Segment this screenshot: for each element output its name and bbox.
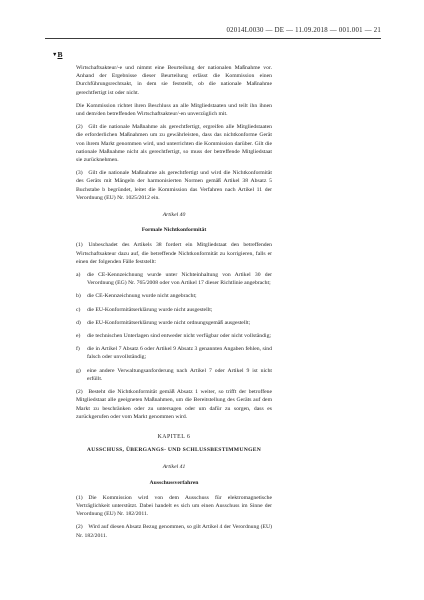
article-40-title: Formale Nichtkonformität: [76, 226, 272, 234]
list-item-marker: g): [76, 367, 87, 383]
article-40-number: Artikel 40: [76, 211, 272, 219]
list-item-text: die in Artikel 7 Absatz 6 oder Artikel 9…: [87, 345, 272, 361]
paragraph-commission-decision: Die Kommission richtet ihren Beschluss a…: [76, 102, 272, 118]
article-41-paragraph-1: (1) Die Kommission wird von dem Ausschus…: [76, 494, 272, 519]
change-marker: ▼B: [52, 51, 62, 59]
paragraph-3-harmonised-norms: (3) Gilt die nationale Maßnahme als gere…: [76, 169, 272, 202]
list-item-text: die CE-Kennzeichnung wurde unter Nichtei…: [87, 271, 272, 287]
list-item-marker: d): [76, 319, 87, 327]
list-item-text: die EU-Konformitätserklärung wurde nicht…: [87, 306, 272, 314]
paragraph-2-justified-measure: (2) Gilt die nationale Maßnahme als gere…: [76, 123, 272, 164]
article-40-paragraph-1: (1) Unbeschadet des Artikels 38 fordert …: [76, 241, 272, 266]
article-41-title: Ausschussverfahren: [76, 479, 272, 487]
document-reference: 02014L0030 — DE — 11.09.2018 — 001.001 —…: [226, 27, 381, 34]
list-item-marker: c): [76, 306, 87, 314]
list-item-b: b) die CE-Kennzeichnung wurde nicht ange…: [76, 292, 272, 300]
paragraph-continuation: Wirtschaftsakteur/-e und nimmt eine Beur…: [76, 64, 272, 97]
list-item-marker: f): [76, 345, 87, 361]
chapter-6-number: KAPITEL 6: [76, 433, 272, 441]
list-item-text: eine andere Verwaltungsanforderung nach …: [87, 367, 272, 383]
list-item-d: d) die EU-Konformitätserklärung wurde ni…: [76, 319, 272, 327]
list-item-marker: a): [76, 271, 87, 287]
list-item-c: c) die EU-Konformitätserklärung wurde ni…: [76, 306, 272, 314]
list-item-marker: b): [76, 292, 87, 300]
document-page: 02014L0030 — DE — 11.09.2018 — 001.001 —…: [0, 0, 424, 600]
list-item-a: a) die CE-Kennzeichnung wurde unter Nich…: [76, 271, 272, 287]
list-item-text: die technischen Unterlagen sind entweder…: [87, 332, 272, 340]
list-item-text: die EU-Konformitätserklärung wurde nicht…: [87, 319, 272, 327]
list-item-marker: e): [76, 332, 87, 340]
article-40-paragraph-2: (2) Besteht die Nichtkonformität gemäß A…: [76, 388, 272, 421]
list-item-e: e) die technischen Unterlagen sind entwe…: [76, 332, 272, 340]
chapter-6-title: AUSSCHUSS, ÜBERGANGS- UND SCHLUSSBESTIMM…: [76, 446, 272, 454]
list-item-f: f) die in Artikel 7 Absatz 6 oder Artike…: [76, 345, 272, 361]
article-41-paragraph-2: (2) Wird auf diesen Absatz Bezug genomme…: [76, 523, 272, 539]
document-body: Wirtschaftsakteur/-e und nimmt eine Beur…: [76, 64, 272, 545]
page-header: 02014L0030 — DE — 11.09.2018 — 001.001 —…: [45, 26, 381, 39]
list-item-g: g) eine andere Verwaltungsanforderung na…: [76, 367, 272, 383]
change-marker-letter: B: [57, 50, 62, 59]
list-item-text: die CE-Kennzeichnung wurde nicht angebra…: [87, 292, 272, 300]
article-41-number: Artikel 41: [76, 463, 272, 471]
